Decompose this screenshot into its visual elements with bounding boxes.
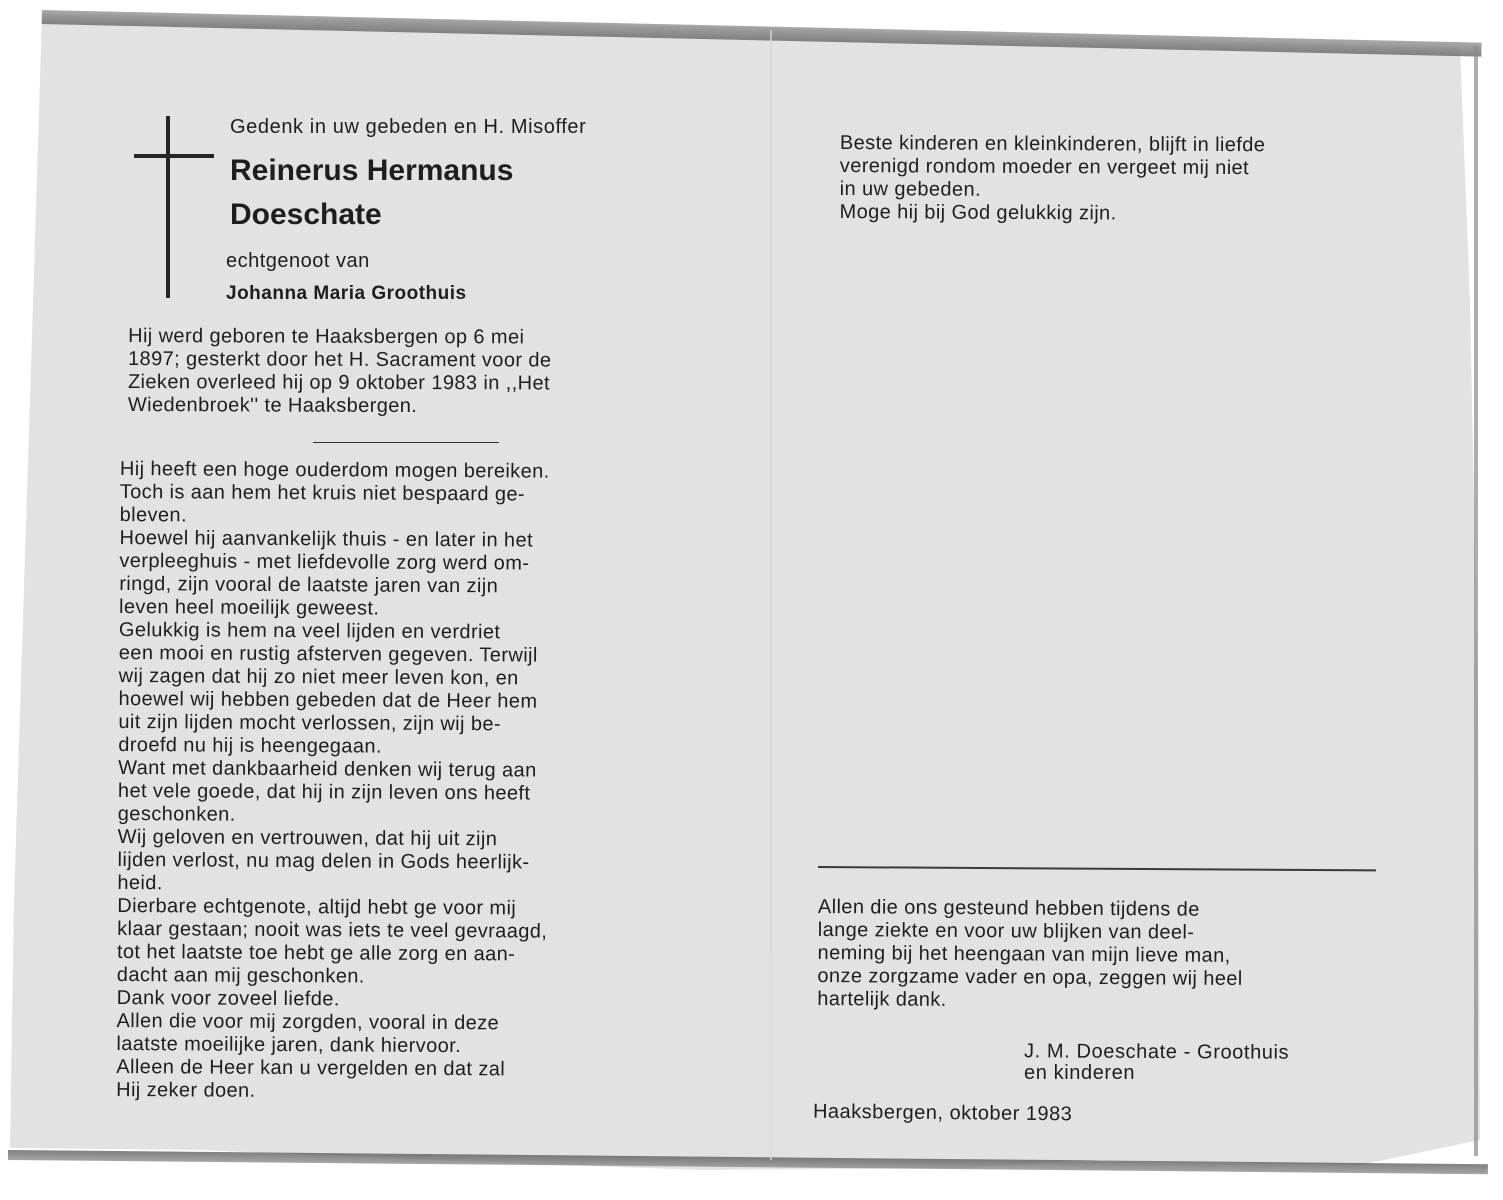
text-line: Hij heeft een hoge ouderdom mogen bereik… [120, 458, 680, 484]
text-line: Dierbare echtgenote, altijd hebt ge voor… [117, 895, 677, 921]
text-line: 1897; gesterkt door het H. Sacrament voo… [128, 348, 688, 373]
text-line: hoewel wij hebben gebeden dat de Heer he… [118, 688, 678, 714]
text-line: Wij geloven en vertrouwen, dat hij uit z… [118, 826, 678, 852]
text-line: Zieken overleed hij op 9 oktober 1983 in… [128, 371, 688, 396]
text-line: hartelijk dank. [817, 988, 1377, 1015]
cross-horizontal-bar [134, 154, 214, 158]
deceased-name-last: Doeschate [230, 198, 382, 232]
text-line: Hij werd geboren te Haaksbergen op 6 mei [128, 325, 688, 350]
text-line: Gelukkig is hem na veel lijden en verdri… [119, 619, 679, 645]
text-line: Allen die voor mij zorgden, vooral in de… [116, 1010, 676, 1036]
text-line: klaar gestaan; nooit was iets te veel ge… [117, 918, 677, 944]
text-line: Dank voor zoveel liefde. [117, 987, 677, 1013]
eulogy-text: Hij heeft een hoge ouderdom mogen bereik… [116, 458, 680, 1105]
text-line: in uw gebeden. [840, 178, 1400, 204]
divider-rule [313, 442, 499, 443]
text-line: verpleeghuis - met liefdevolle zorg werd… [119, 550, 679, 576]
text-line: bleven. [120, 504, 680, 530]
text-line: geschonken. [118, 803, 678, 829]
card-fold-line [770, 30, 772, 1160]
text-line: Toch is aan hem het kruis niet bespaard … [120, 481, 680, 507]
text-line: Want met dankbaarheid denken wij terug a… [118, 757, 678, 783]
spouse-name: Johanna Maria Groothuis [226, 283, 467, 305]
remembrance-intro: Gedenk in uw gebeden en H. Misoffer [230, 116, 586, 139]
text-line: laatste moeilijke jaren, dank hiervoor. [116, 1033, 676, 1059]
birth-death-paragraph: Hij werd geboren te Haaksbergen op 6 mei… [128, 325, 688, 419]
thanks-paragraph: Allen die ons gesteund hebben tijdens de… [817, 896, 1378, 1015]
text-line: het vele goede, dat hij in zijn leven on… [118, 780, 678, 806]
deceased-name-first: Reinerus Hermanus [230, 154, 513, 188]
spouse-label: echtgenoot van [226, 250, 370, 273]
text-line: ringd, zijn vooral de laatste jaren van … [119, 573, 679, 599]
text-line: wij zagen dat hij zo niet meer leven kon… [119, 665, 679, 691]
text-line: lijden verlost, nu mag delen in Gods hee… [117, 849, 677, 875]
card-right-edge [1474, 46, 1478, 1156]
text-line: Wiedenbroek'' te Haaksbergen. [128, 394, 688, 419]
text-line: leven heel moeilijk geweest. [119, 596, 679, 622]
text-line: Beste kinderen en kleinkinderen, blijft … [840, 132, 1400, 158]
text-line: Moge hij bij God gelukkig zijn. [840, 201, 1400, 227]
text-line: Hij zeker doen. [116, 1079, 676, 1105]
text-line: Hoewel hij aanvankelijk thuis - en later… [119, 527, 679, 553]
text-line: uit zijn lijden mocht verlossen, zijn wi… [118, 711, 678, 737]
message-to-family: Beste kinderen en kleinkinderen, blijft … [840, 132, 1400, 227]
cross-vertical-bar [166, 116, 170, 298]
text-line: Alleen de Heer kan u vergelden en dat za… [116, 1056, 676, 1082]
text-line: tot het laatste toe hebt ge alle zorg en… [117, 941, 677, 967]
text-line: droefd nu hij is heengegaan. [118, 734, 678, 760]
text-line: een mooi en rustig afsterven gegeven. Te… [119, 642, 679, 668]
text-line: heid. [117, 872, 677, 898]
place-date: Haaksbergen, oktober 1983 [813, 1101, 1073, 1127]
text-line: dacht aan mij geschonken. [117, 964, 677, 990]
signature-line-2: en kinderen [1024, 1062, 1135, 1085]
text-line: verenigd rondom moeder en vergeet mij ni… [840, 155, 1400, 181]
